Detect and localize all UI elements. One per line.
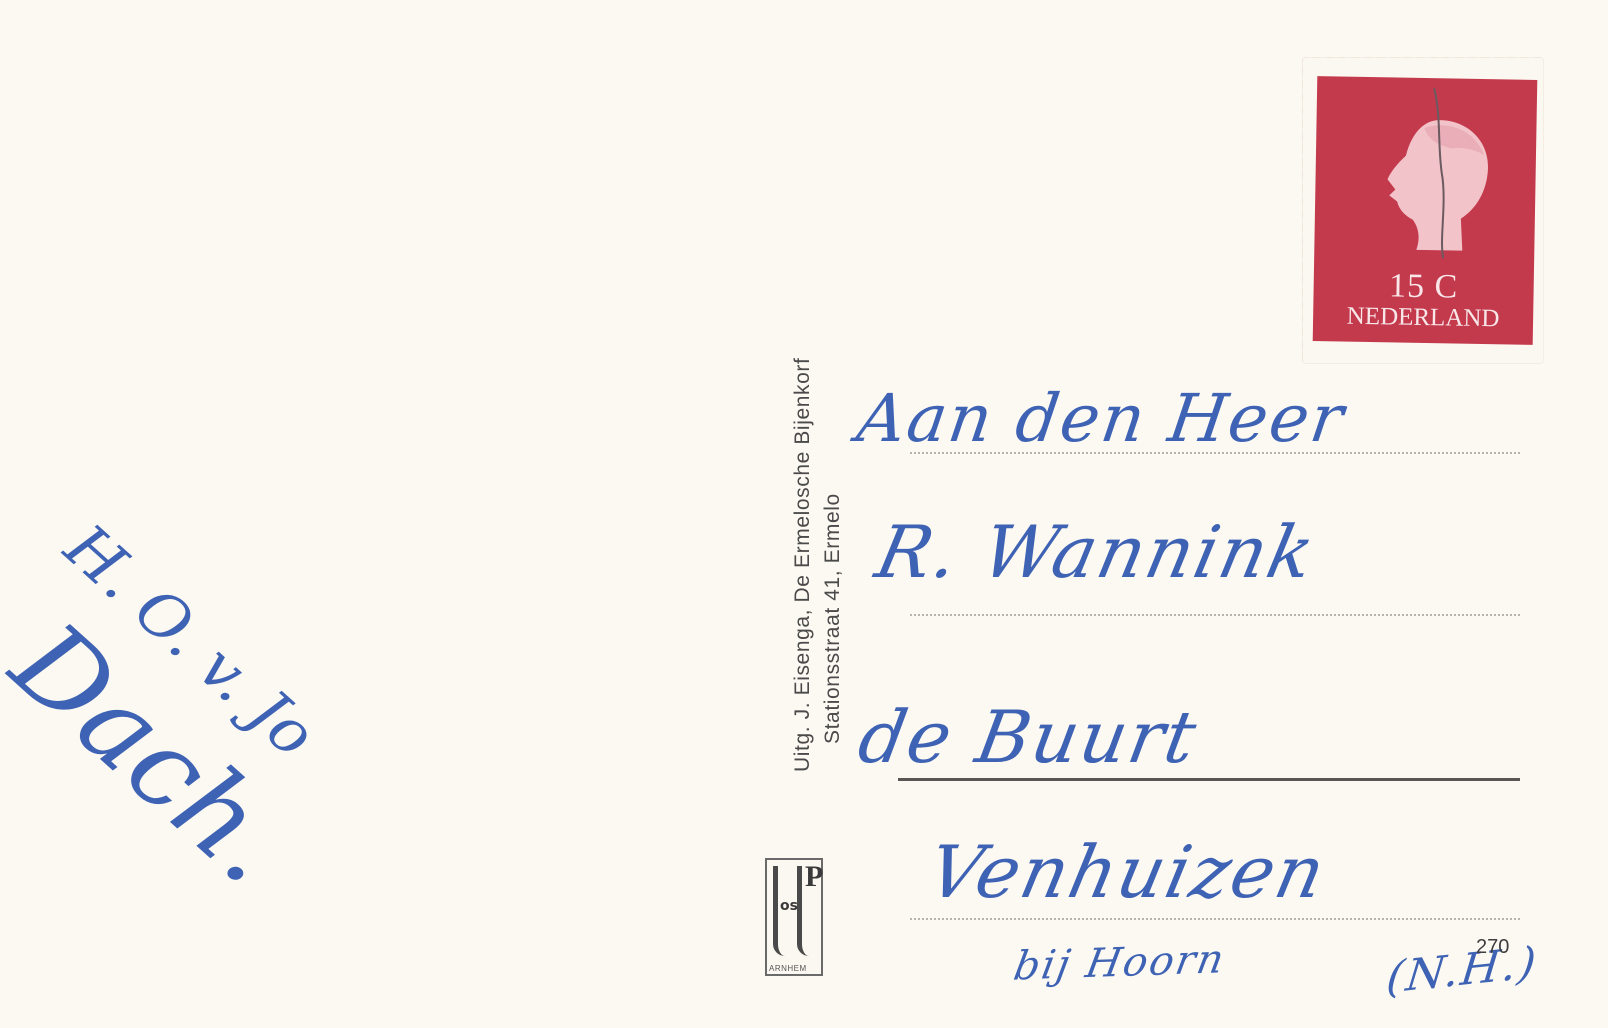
address-name: R. Wannink: [869, 510, 1323, 594]
address-province: (N.H.): [1384, 937, 1540, 1003]
address-salutation: Aan den Heer: [853, 380, 1350, 457]
address-town: Venhuizen: [921, 830, 1334, 914]
imprint-line-2: Stationsstraat 41, Ermelo: [818, 112, 848, 772]
address-line-4: [910, 918, 1520, 920]
publisher-logo: os P ARNHEM: [765, 858, 823, 976]
postage-stamp: 15 C NEDERLAND: [1303, 58, 1543, 363]
logo-city: ARNHEM: [769, 964, 807, 973]
stamp-country: NEDERLAND: [1313, 302, 1533, 334]
stamp-face: 15 C NEDERLAND: [1313, 76, 1538, 345]
address-street: de Buurt: [853, 695, 1204, 779]
logo-letters-os: os: [780, 898, 798, 914]
imprint-line-1: Uitg. J. Eisenga, De Ermelosche Bijenkor…: [788, 112, 818, 772]
logo-letter-p: P: [805, 860, 823, 894]
address-near: bij Hoorn: [1010, 936, 1229, 989]
serial-number: 270: [1476, 936, 1509, 959]
address-line-2: [910, 614, 1520, 616]
postcard-back: Uitg. J. Eisenga, De Ermelosche Bijenkor…: [0, 0, 1608, 1028]
handwritten-greeting: H. O. v. Jo Dach.: [0, 510, 368, 908]
stamp-value: 15 C: [1313, 266, 1534, 308]
publisher-imprint: Uitg. J. Eisenga, De Ermelosche Bijenkor…: [788, 112, 848, 772]
postmark-stroke: [1429, 88, 1452, 258]
